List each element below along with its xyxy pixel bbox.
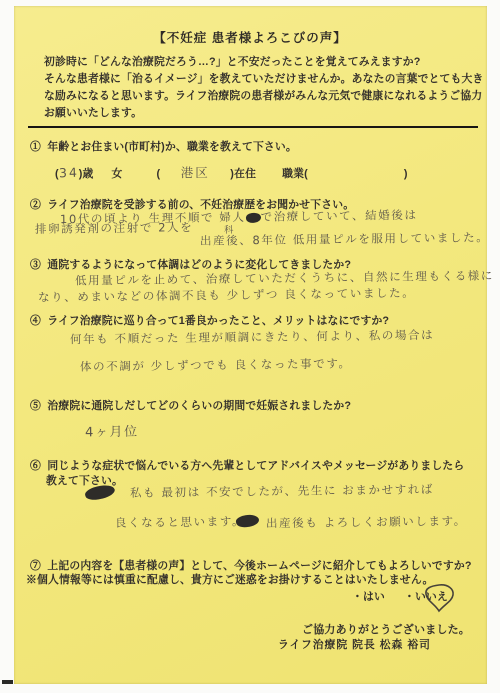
q6-handwritten-line2b: 出産後も よろしくお願いします。 xyxy=(266,513,467,531)
privacy-note: ※個人情報等には慎重に配慮し、貴方にご迷惑をお掛けすることはいたしません。 xyxy=(26,572,434,587)
q6-handwritten-line2a: 良くなると思います。 xyxy=(115,513,245,531)
question-6-number: ⑥ xyxy=(30,460,41,472)
paren: ) xyxy=(404,168,408,180)
question-5-number: ⑤ xyxy=(30,400,41,412)
section-divider xyxy=(28,126,478,128)
age-suffix: )歳 xyxy=(79,166,94,181)
intro-line: 初診時に「どんな治療院だろう…?」と不安だったことを覚えてみえますか? xyxy=(44,54,484,71)
question-2-number: ② xyxy=(30,199,41,211)
q2-handwritten-line2a: 排卵誘発剤の注射で 2人を xyxy=(35,219,193,237)
scan-edge-artifact xyxy=(2,680,13,684)
consent-option-yes: ・はい xyxy=(352,589,385,604)
job-label: 職業( xyxy=(282,166,308,181)
question-7-number: ⑦ xyxy=(30,560,41,572)
city-suffix: )在住 xyxy=(230,166,256,181)
q5-handwritten-answer: 4ヶ月位 xyxy=(85,421,139,441)
consent-circle-mark-icon xyxy=(421,583,459,613)
intro-line: お願いいたします。 xyxy=(44,105,484,122)
form-title: 【不妊症 患者様よろこびの声】 xyxy=(0,28,500,46)
question-3-number: ③ xyxy=(30,259,41,271)
question-4-label: ④ ライフ治療院に巡り合って1番良かったこと、メリットはなにですか? xyxy=(30,313,389,328)
question-4-number: ④ xyxy=(30,315,41,327)
intro-line: な励みになると思います。ライフ治療院の患者様がみんな元気で健康になれるようご協力 xyxy=(44,88,484,105)
ink-scribble-redaction xyxy=(245,211,261,223)
intro-line: そんな患者様に「治るイメージ」を教えていただけませんか。あなたの言葉でとても大き xyxy=(44,71,484,88)
clinic-signature: ライフ治療院 院長 松森 裕司 xyxy=(278,637,431,652)
gender-value: 女 xyxy=(112,166,123,181)
question-6-label: ⑥ 同じような症状で悩んでいる方へ先輩としてアドバイスやメッセージがありましたら xyxy=(30,458,464,473)
city-handwritten-value: 港区 xyxy=(181,165,210,180)
thanks-message: ご協力ありがとうございました。 xyxy=(302,621,470,637)
question-1-answer-row: ( 34 )歳 女 ( 港区 )在住 職業( ) xyxy=(55,163,408,181)
age-handwritten-value: 34 xyxy=(59,165,79,181)
question-1-number: ① xyxy=(30,141,41,153)
question-7-label: ⑦ 上記の内容を【患者様の声】として、今後ホームページに紹介してもよろしいですか… xyxy=(30,558,472,573)
question-1-label: ① 年齢とお住まい(市町村)か、職業を教えて下さい。 xyxy=(30,139,297,154)
question-5-label: ⑤ 治療院に通院しだしてどのくらいの期間で妊娠されましたか? xyxy=(30,398,351,413)
intro-paragraph: 初診時に「どんな治療院だろう…?」と不安だったことを覚えてみえますか? そんな患… xyxy=(44,54,484,122)
scanned-questionnaire: 【不妊症 患者様よろこびの声】 初診時に「どんな治療院だろう…?」と不安だったこ… xyxy=(0,0,500,693)
q4-handwritten-line2: 体の不調が 少しずつでも 良くなった事です。 xyxy=(80,355,352,374)
